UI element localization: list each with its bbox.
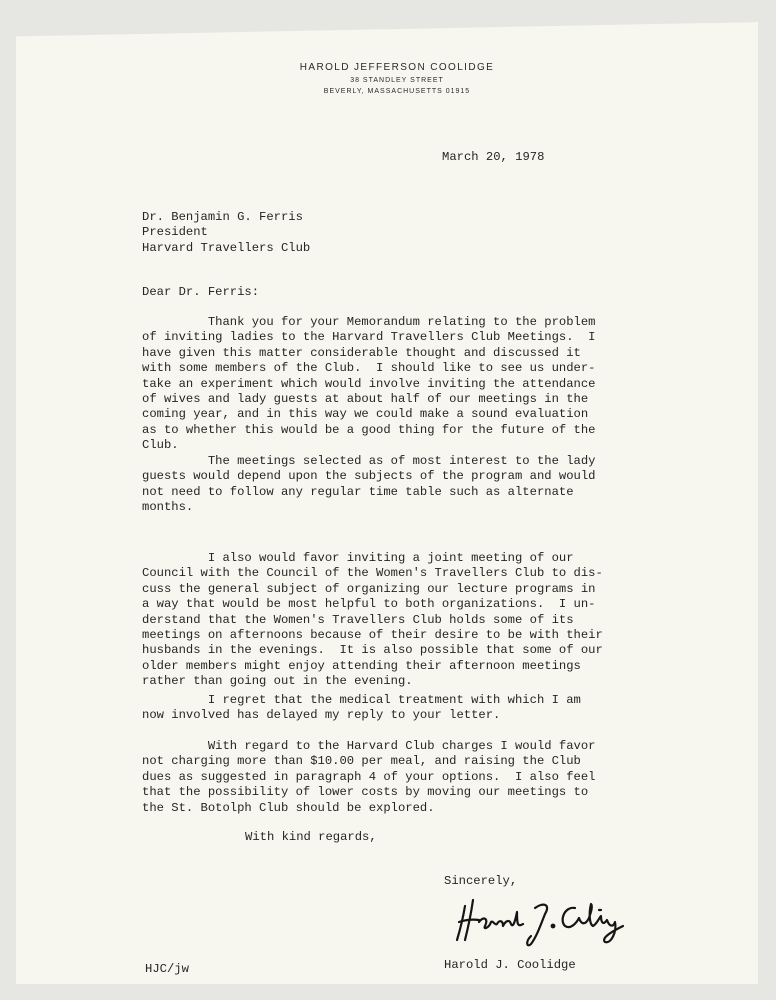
body-paragraph-4: I regret that the medical treatment with… [142, 693, 581, 724]
recipient-name: Dr. Benjamin G. Ferris [142, 210, 310, 225]
recipient-organization: Harvard Travellers Club [142, 241, 310, 256]
body-paragraph-3: I also would favor inviting a joint meet… [142, 551, 603, 690]
reference-initials: HJC/jw [145, 962, 189, 977]
letterhead-city: BEVERLY, MASSACHUSETTS 01915 [26, 88, 768, 95]
body-paragraph-5: With regard to the Harvard Club charges … [142, 739, 595, 816]
body-paragraph-2: The meetings selected as of most interes… [142, 454, 595, 516]
letter-date: March 20, 1978 [442, 150, 544, 165]
body-paragraph-1: Thank you for your Memorandum relating t… [142, 315, 595, 454]
letterhead: HAROLD JEFFERSON COOLIDGE 38 STANDLEY ST… [16, 62, 758, 95]
closing: With kind regards, [245, 830, 377, 845]
letterhead-street: 38 STANDLEY STREET [26, 77, 768, 84]
recipient-title: President [142, 225, 310, 240]
salutation: Dear Dr. Ferris: [142, 285, 259, 300]
letter-page: HAROLD JEFFERSON COOLIDGE 38 STANDLEY ST… [16, 22, 758, 984]
letterhead-name: HAROLD JEFFERSON COOLIDGE [26, 62, 768, 73]
recipient-address: Dr. Benjamin G. FerrisPresidentHarvard T… [142, 210, 310, 256]
signer-name: Harold J. Coolidge [444, 958, 576, 973]
sign-off: Sincerely, [444, 874, 517, 889]
handwritten-signature [451, 892, 631, 947]
